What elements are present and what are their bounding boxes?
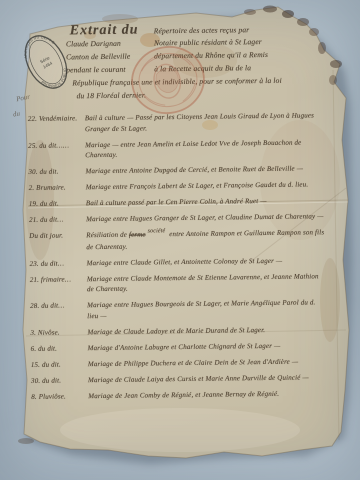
entry-date: 21. du dit… <box>28 214 86 225</box>
manuscript-content: Extrait du Répertoire des actes reçus pa… <box>26 20 343 407</box>
entry-text: Mariage — entre Jean Amelin et Loise Led… <box>85 137 339 161</box>
entry-text: Mariage entre Claude Montemote de St Eti… <box>87 271 341 295</box>
repertoire-entries: 22. Vendémiaire. Bail à culture — Passé … <box>27 110 342 402</box>
entry-row: 25. du dit…… Mariage — entre Jean Amelin… <box>27 137 339 162</box>
entry-text: Résiliation de fermesociété entre Antoin… <box>86 227 340 252</box>
header-line6: du 18 Floréal dernier. <box>26 88 338 105</box>
entry-row: 6. du dit. Mariage d'Antoine Labugre et … <box>30 340 342 354</box>
entry-row: 15. du dit. Mariage de Philippe Duchera … <box>30 356 342 370</box>
entry-row: 23. du dit… Mariage entre Claude Gillet,… <box>29 255 341 269</box>
entry-text: Mariage entre François Labert de St Lage… <box>86 179 340 193</box>
entry-text: Mariage entre Hugues Bourgeois de St Lag… <box>87 297 341 321</box>
entry-text: Mariage entre Antoine Dupgod de Cercié, … <box>85 163 339 177</box>
entry-date: 23. du dit… <box>29 258 87 269</box>
struck-word: ferme <box>129 230 146 238</box>
entry-text: Mariage de Claude Ladoye et de Marie Dur… <box>87 324 341 338</box>
entry-date: 19. du dit. <box>28 198 86 209</box>
entry-row: 22. Vendémiaire. Bail à culture — Passé … <box>27 110 339 135</box>
header-line4-left: pendant le courant <box>26 64 154 75</box>
entry-row: 3. Nivôse. Mariage de Claude Ladoye et d… <box>29 324 341 338</box>
entry-text-pre: Résiliation de <box>86 231 129 240</box>
entry-date: 30. du dit. <box>30 375 88 386</box>
entry-date: 30. du dit. <box>27 166 85 177</box>
interlined-word: société <box>148 228 166 234</box>
entry-text: Bail à culture passé par le Cen Pierre C… <box>86 195 340 209</box>
entry-text: Mariage de Philippe Duchera et de Claire… <box>88 356 342 370</box>
entry-date: 15. du dit. <box>30 359 88 370</box>
entry-text: Mariage d'Antoine Labugre et Charlotte C… <box>88 340 342 354</box>
entry-date: 6. du dit. <box>30 343 88 354</box>
notary-name: Claude Darignan <box>26 38 154 49</box>
entry-row-with-correction: Du dit jour. Résiliation de fermesociété… <box>28 227 340 253</box>
entry-date: 3. Nivôse. <box>29 327 87 338</box>
entry-text: Mariage entre Claude Gillet, et Antoinet… <box>87 255 341 269</box>
header-line4-right: à la Recette acquit du Bu de la <box>154 62 338 73</box>
entry-row: 21. frimaire… Mariage entre Claude Monte… <box>29 271 341 296</box>
header-line3-right: département du Rhône qu'il a Remis <box>154 49 338 60</box>
entry-date: 25. du dit…… <box>27 140 85 162</box>
entry-date: 28. du dit… <box>29 300 87 322</box>
entry-date: 22. Vendémiaire. <box>27 113 85 135</box>
entry-text: Bail à culture — Passé par les Citoyens … <box>85 110 339 134</box>
entry-row: 28. du dit… Mariage entre Hugues Bourgeo… <box>29 297 341 322</box>
entry-row: 30. du dit. Mariage entre Antoine Dupgod… <box>27 163 339 177</box>
margin-note: du <box>12 109 21 118</box>
photo-of-manuscript: Extrait du Répertoire des actes reçus pa… <box>0 0 360 480</box>
entry-date: Du dit jour. <box>28 230 86 253</box>
entry-row: 30. du dit. Mariage de Claude Laiya des … <box>30 372 342 386</box>
entry-date: 2. Brumaire. <box>28 182 86 193</box>
header-line2-right: Notaire public résidant à St Lager <box>154 36 338 47</box>
entry-date: 21. frimaire… <box>29 274 87 296</box>
canton-line: Canton de Belleville <box>26 51 154 62</box>
entry-text: Mariage de Jean Comby de Régnié, et Jean… <box>88 388 342 402</box>
entry-row: 8. Pluviôse. Mariage de Jean Comby de Ré… <box>30 388 342 402</box>
header-line1-right: Répertoire des actes reçus par <box>154 24 338 35</box>
entry-row: 2. Brumaire. Mariage entre François Labe… <box>28 179 340 193</box>
entry-row: 21. du dit… Mariage entre Hugues Granger… <box>28 211 340 225</box>
document-title: Extrait du <box>70 23 139 39</box>
entry-row: 19. du dit. Bail à culture passé par le … <box>28 195 340 209</box>
entry-text: Mariage entre Hugues Granger de St Lager… <box>86 211 340 225</box>
entry-text: Mariage de Claude Laiya des Cursis et Ma… <box>88 372 342 386</box>
entry-date: 8. Pluviôse. <box>30 391 88 402</box>
